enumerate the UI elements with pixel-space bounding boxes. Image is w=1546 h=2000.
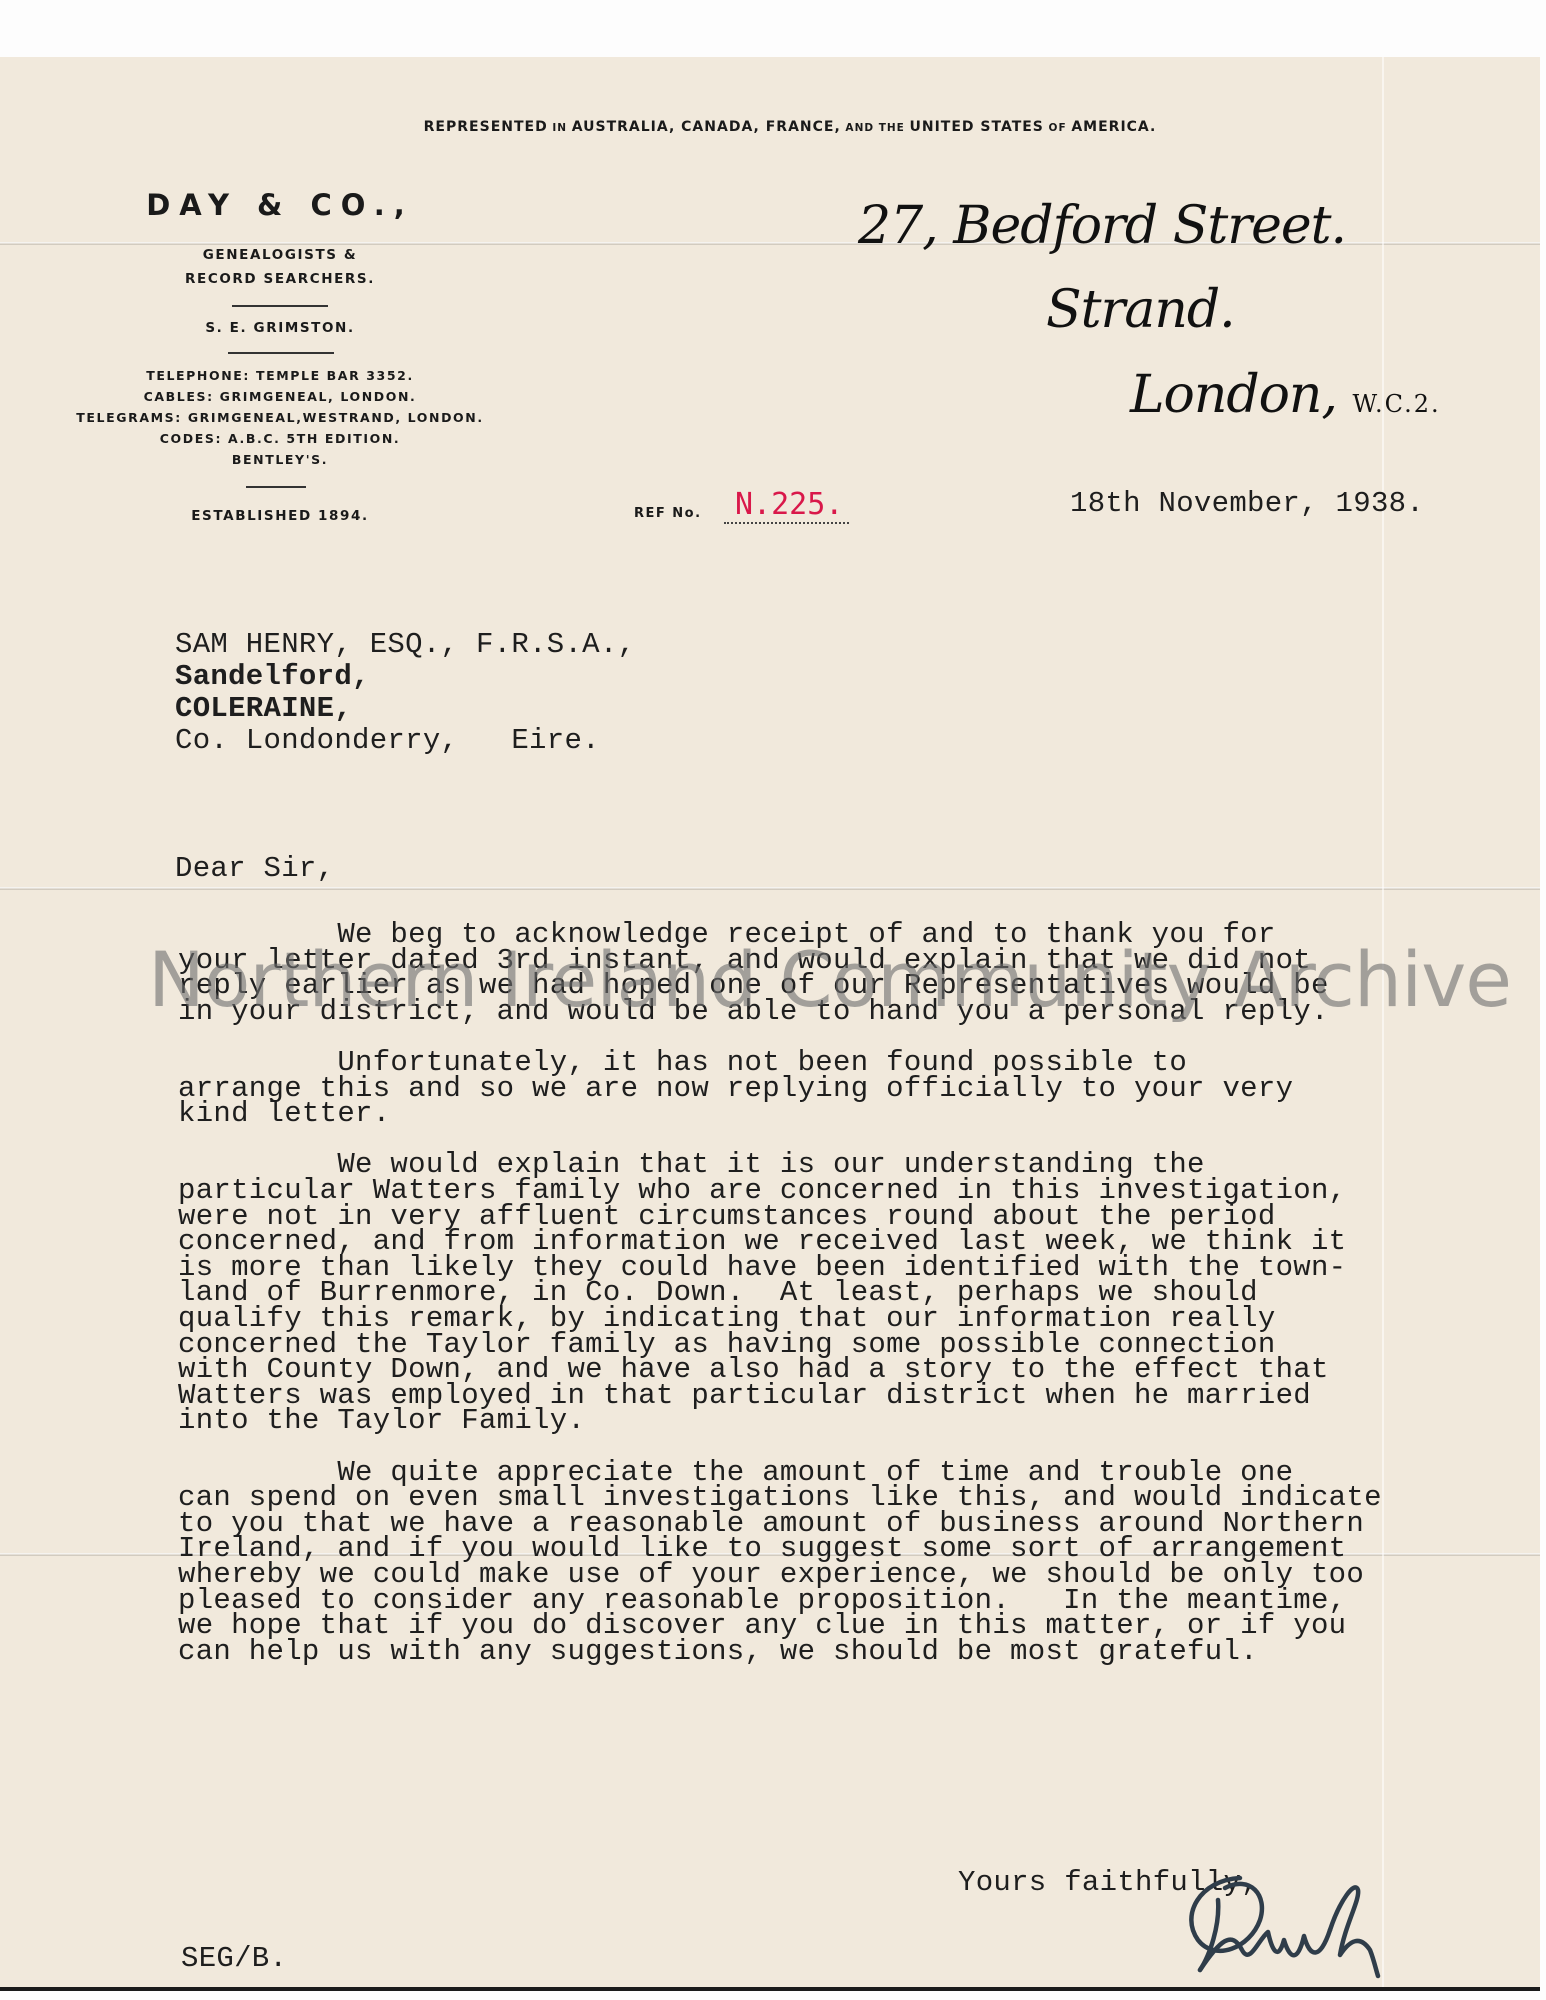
tagline-part: AMERICA. bbox=[1071, 119, 1156, 135]
ref-label: REF No. bbox=[634, 506, 702, 521]
tagline-part: OF bbox=[1044, 122, 1071, 134]
tagline-part: IN bbox=[548, 122, 572, 134]
recipient-line: SAM HENRY, ESQ., F.R.S.A., bbox=[175, 628, 635, 661]
tagline-part: UNITED STATES bbox=[910, 119, 1044, 135]
recipient-line: Co. Londonderry, Eire. bbox=[175, 724, 600, 757]
fold-crease bbox=[0, 887, 1540, 890]
address-city: London, W.C.2. bbox=[1130, 365, 1441, 425]
tagline-part: REPRESENTED bbox=[424, 119, 548, 135]
address-city-name: London, bbox=[1130, 365, 1337, 425]
address-district: Strand. bbox=[1046, 280, 1235, 340]
reference-initials: SEG/B. bbox=[181, 1942, 287, 1975]
address-street: 27, Bedford Street. bbox=[858, 196, 1346, 256]
letter-date: 18th November, 1938. bbox=[1070, 487, 1424, 520]
address-postcode: W.C.2. bbox=[1352, 390, 1440, 418]
divider bbox=[232, 305, 328, 307]
tagline-part: AND THE bbox=[841, 122, 910, 134]
tagline-part: AUSTRALIA, CANADA, FRANCE, bbox=[572, 119, 841, 135]
ref-number: N.225. bbox=[735, 487, 843, 522]
body-line: into the Taylor Family. bbox=[178, 1404, 585, 1437]
ref-underline bbox=[724, 522, 849, 524]
telegrams-line: TELEGRAMS: GRIMGENEAL,WESTRAND, LONDON. bbox=[40, 410, 520, 425]
letterhead-tagline: REPRESENTED IN AUSTRALIA, CANADA, FRANCE… bbox=[0, 119, 1546, 135]
telephone-line: TELEPHONE: TEMPLE BAR 3352. bbox=[60, 368, 500, 383]
recipient-line: Sandelford, bbox=[175, 660, 370, 693]
body-line: can help us with any suggestions, we sho… bbox=[178, 1635, 1258, 1668]
company-subtitle: GENEALOGISTS & bbox=[60, 247, 500, 263]
codes-line: CODES: A.B.C. 5TH EDITION. bbox=[60, 431, 500, 446]
divider bbox=[228, 352, 334, 354]
salutation: Dear Sir, bbox=[175, 852, 334, 885]
divider bbox=[246, 486, 306, 488]
proprietor-name: S. E. GRIMSTON. bbox=[60, 320, 500, 336]
handwritten-signature bbox=[1180, 1870, 1410, 1980]
established-line: ESTABLISHED 1894. bbox=[60, 508, 500, 524]
body-line: kind letter. bbox=[178, 1097, 390, 1130]
company-subtitle: RECORD SEARCHERS. bbox=[60, 271, 500, 287]
recipient-line: COLERAINE, bbox=[175, 692, 352, 725]
company-name: DAY & CO., bbox=[60, 188, 500, 222]
archive-watermark: Northern Ireland Community Archive bbox=[148, 935, 1511, 1024]
cables-line: CABLES: GRIMGENEAL, LONDON. bbox=[60, 389, 500, 404]
codes-line: BENTLEY'S. bbox=[60, 452, 500, 467]
